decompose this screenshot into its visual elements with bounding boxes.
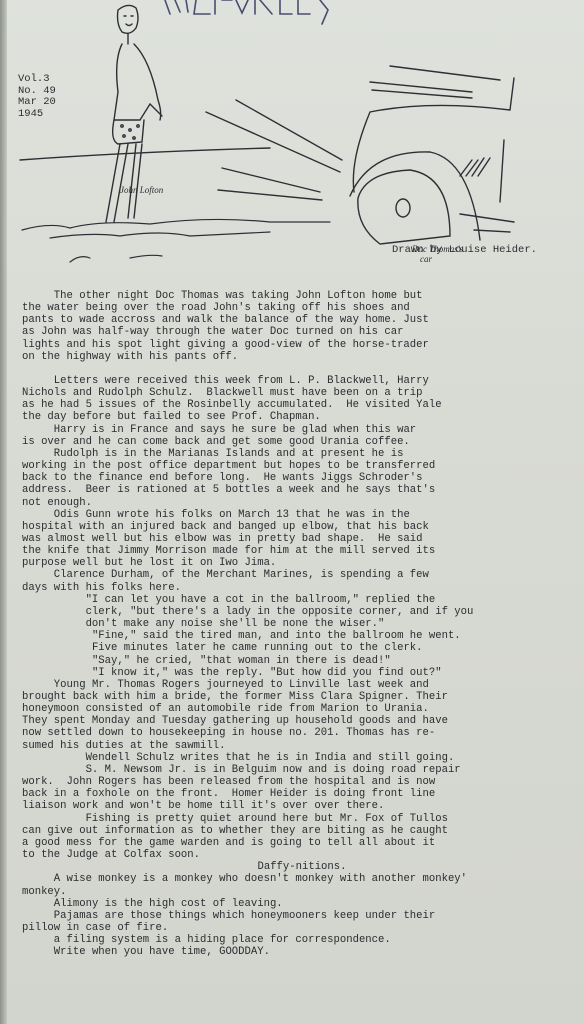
- text-line: "I can let you have a cot in the ballroo…: [22, 594, 582, 606]
- text-line: was almost well but his elbow was in pre…: [22, 533, 582, 545]
- text-line: purpose well but he lost it on Iwo Jima.: [22, 557, 582, 569]
- text-line: honeymoon consisted of an automobile rid…: [22, 703, 582, 715]
- text-line: Wendell Schulz writes that he is in Indi…: [22, 752, 582, 764]
- masthead-lettering: [165, 0, 328, 24]
- issue-volume: Vol.3: [18, 74, 56, 86]
- text-line: don't make any noise she'll be none the …: [22, 618, 582, 630]
- text-line: sumed his duties at the sawmill.: [22, 740, 582, 752]
- text-line: working in the post office department bu…: [22, 460, 582, 472]
- issue-date: Mar 20: [18, 97, 56, 109]
- issue-info: Vol.3 No. 49 Mar 20 1945: [18, 74, 56, 120]
- figure-label-john: John Lofton: [120, 185, 164, 195]
- text-line: Alimony is the high cost of leaving.: [22, 898, 582, 910]
- text-line: work. John Rogers has been released from…: [22, 776, 582, 788]
- text-line: Young Mr. Thomas Rogers journeyed to Lin…: [22, 679, 582, 691]
- text-line: They spent Monday and Tuesday gathering …: [22, 715, 582, 727]
- daffynitions-heading: Daffy-nitions.: [22, 861, 582, 873]
- illustration-credit: Drawn by Louise Heider.: [392, 244, 537, 256]
- text-line: days with his folks here.: [22, 582, 582, 594]
- text-line: hospital with an injured back and banged…: [22, 521, 582, 533]
- text-line: Rudolph is in the Marianas Islands and a…: [22, 448, 582, 460]
- text-line: A wise monkey is a monkey who doesn't mo…: [22, 873, 582, 885]
- doc-thomas-car: [350, 66, 514, 244]
- text-line: not enough.: [22, 497, 582, 509]
- text-line: "Fine," said the tired man, and into the…: [22, 630, 582, 642]
- text-line: "I know it," was the reply. "But how did…: [22, 667, 582, 679]
- news-items: Letters were received this week from L. …: [22, 375, 582, 861]
- text-line: as John was half-way through the water D…: [22, 326, 582, 338]
- text-line: Five minutes later he came running out t…: [22, 642, 582, 654]
- text-line: Write when you have time, GOODDAY.: [22, 946, 582, 958]
- text-line: pillow in case of fire.: [22, 922, 582, 934]
- page-edge-shadow: [0, 0, 7, 1024]
- text-line: clerk, "but there's a lady in the opposi…: [22, 606, 582, 618]
- lead-story: The other night Doc Thomas was taking Jo…: [22, 290, 582, 363]
- text-line: The other night Doc Thomas was taking Jo…: [22, 290, 582, 302]
- text-line: to the Judge at Colfax soon.: [22, 849, 582, 861]
- text-line: Letters were received this week from L. …: [22, 375, 582, 387]
- text-line: on the highway with his pants off.: [22, 351, 582, 363]
- text-line: back in a foxhole on the front. Homer He…: [22, 788, 582, 800]
- text-line: the knife that Jimmy Morrison made for h…: [22, 545, 582, 557]
- cartoon-illustration: John Lofton Doc Thomas's car: [10, 0, 584, 270]
- text-line: Odis Gunn wrote his folks on March 13 th…: [22, 509, 582, 521]
- text-line: "Say," he cried, "that woman in there is…: [22, 655, 582, 667]
- issue-year: 1945: [18, 109, 56, 121]
- text-line: the water being over the road John's tak…: [22, 302, 582, 314]
- text-line: liaison work and won't be home till it's…: [22, 800, 582, 812]
- text-line: a filing system is a hiding place for co…: [22, 934, 582, 946]
- text-line: is over and he can come back and get som…: [22, 436, 582, 448]
- text-line: can give out information as to whether t…: [22, 825, 582, 837]
- newsletter-page: John Lofton Doc Thomas's car Vol.3 No. 4…: [0, 0, 584, 1024]
- text-line: monkey.: [22, 886, 582, 898]
- text-line: Harry is in France and says he sure be g…: [22, 424, 582, 436]
- daffynitions-list: A wise monkey is a monkey who doesn't mo…: [22, 873, 582, 958]
- text-line: as he had 5 issues of the Rosinbelly acc…: [22, 399, 582, 411]
- text-line: Nichols and Rudolph Schulz. Blackwell mu…: [22, 387, 582, 399]
- text-line: pants to wade accross and walk the balan…: [22, 314, 582, 326]
- text-line: now settled down to housekeeping in hous…: [22, 727, 582, 739]
- text-line: address. Beer is rationed at 5 bottles a…: [22, 484, 582, 496]
- article-body: The other night Doc Thomas was taking Jo…: [22, 290, 582, 958]
- text-line: back to the finance end before long. He …: [22, 472, 582, 484]
- text-line: the day before but failed to see Prof. C…: [22, 411, 582, 423]
- text-line: S. M. Newsom Jr. is in Belguim now and i…: [22, 764, 582, 776]
- text-line: brought back with him a bride, the forme…: [22, 691, 582, 703]
- text-line: Pajamas are those things which honeymoon…: [22, 910, 582, 922]
- text-line: a good mess for the game warden and is g…: [22, 837, 582, 849]
- text-line: Fishing is pretty quiet around here but …: [22, 813, 582, 825]
- text-line: Clarence Durham, of the Merchant Marines…: [22, 569, 582, 581]
- text-line: lights and his spot light giving a good-…: [22, 339, 582, 351]
